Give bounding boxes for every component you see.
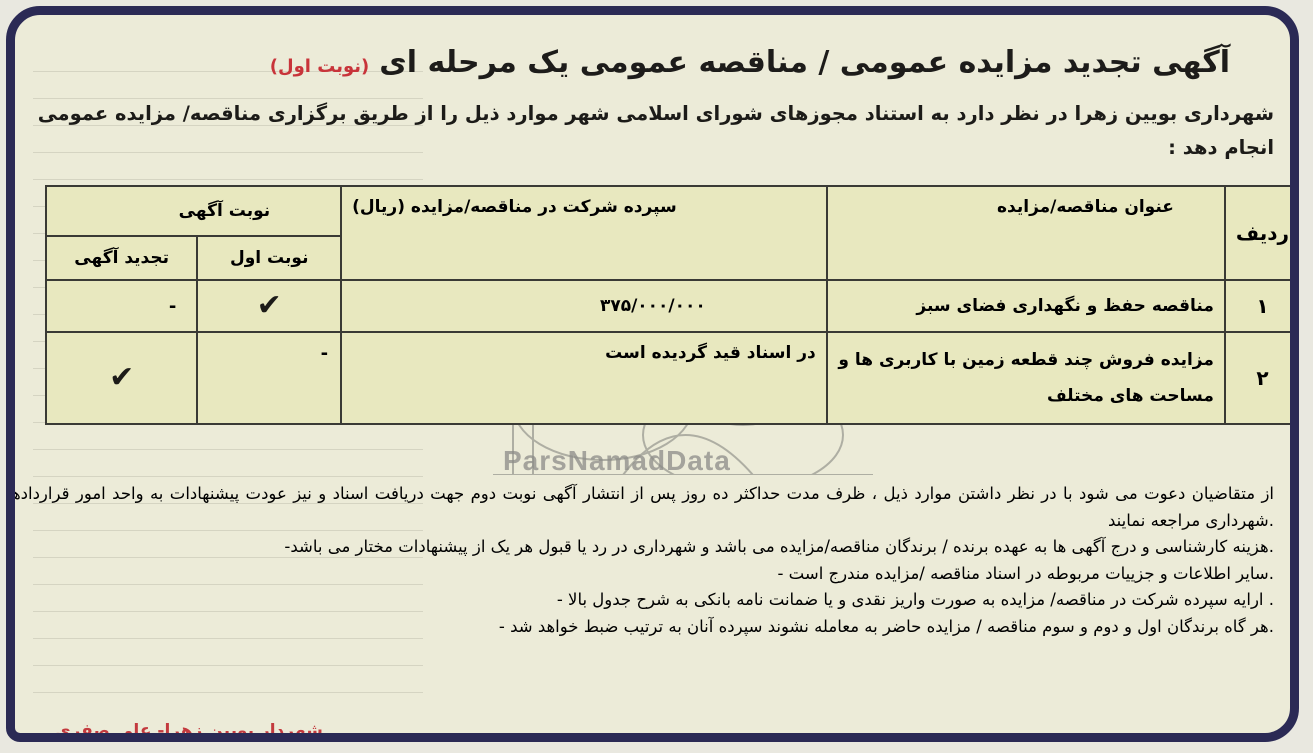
header-round-renewal: تجدید آگهی	[46, 236, 197, 280]
cell-round-renewal: -	[46, 280, 197, 332]
cell-round-renewal: ✔	[46, 332, 197, 424]
header-deposit: سپرده شرکت در مناقصه/مزایده (ریال)	[341, 186, 827, 280]
header-title: عنوان مناقصه/مزایده	[827, 186, 1225, 280]
notice-title: آگهی تجدید مزایده عمومی / مناقصه عمومی ی…	[379, 45, 1230, 80]
header-index: ردیف	[1225, 186, 1299, 280]
watermark-text: ParsNamadData	[503, 445, 731, 477]
notice-frame: 010101 0001 10 1 0 آگهی تجدید مزایده عمو…	[6, 6, 1299, 742]
checkmark-icon: ✔	[257, 288, 282, 323]
condition-item: - سایر اطلاعات و جزییات مربوطه در اسناد …	[6, 561, 1274, 588]
cell-index: ۱	[1225, 280, 1299, 332]
cell-deposit: ۳۷۵/۰۰۰/۰۰۰	[341, 280, 827, 332]
cell-round-first: ✔	[197, 280, 341, 332]
header-round-first: نوبت اول	[197, 236, 341, 280]
condition-item: - ارایه سپرده شرکت در مناقصه/ مزایده به …	[6, 587, 1274, 614]
dash-icon: -	[321, 343, 328, 364]
condition-item: - هر گاه برندگان اول و دوم و سوم مناقصه …	[6, 614, 1274, 641]
cell-title: مناقصه حفظ و نگهداری فضای سبز	[827, 280, 1225, 332]
header-round-group: نوبت آگهی	[46, 186, 341, 236]
cell-round-first: -	[197, 332, 341, 424]
invitation-paragraph: از متقاضیان دعوت می شود با در نظر داشتن …	[6, 481, 1274, 534]
table-row: ۱ مناقصه حفظ و نگهداری فضای سبز ۳۷۵/۰۰۰/…	[46, 280, 1299, 332]
conditions-text: از متقاضیان دعوت می شود با در نظر داشتن …	[6, 481, 1274, 640]
intro-text: شهرداری بویین زهرا در نظر دارد به استناد…	[24, 97, 1274, 165]
cell-deposit: در اسناد قید گردیده است	[341, 332, 827, 424]
checkmark-icon: ✔	[109, 360, 134, 395]
table-row: ۲ مزایده فروش چند قطعه زمین با کاربری ها…	[46, 332, 1299, 424]
dash-icon: -	[169, 296, 176, 317]
cell-index: ۲	[1225, 332, 1299, 424]
condition-item: -هزینه کارشناسی و درج آگهی ها به عهده بر…	[6, 534, 1274, 561]
cell-title: مزایده فروش چند قطعه زمین با کاربری ها و…	[827, 332, 1225, 424]
tenders-table: ردیف عنوان مناقصه/مزایده سپرده شرکت در م…	[45, 185, 1299, 425]
round-tag: (نوبت اول)	[270, 56, 370, 77]
table-header-row: ردیف عنوان مناقصه/مزایده سپرده شرکت در م…	[46, 186, 1299, 236]
mayor-signature: شهردار بویین زهرا- علی صفری	[55, 721, 323, 741]
title-row: آگهی تجدید مزایده عمومی / مناقصه عمومی ی…	[270, 45, 1230, 80]
